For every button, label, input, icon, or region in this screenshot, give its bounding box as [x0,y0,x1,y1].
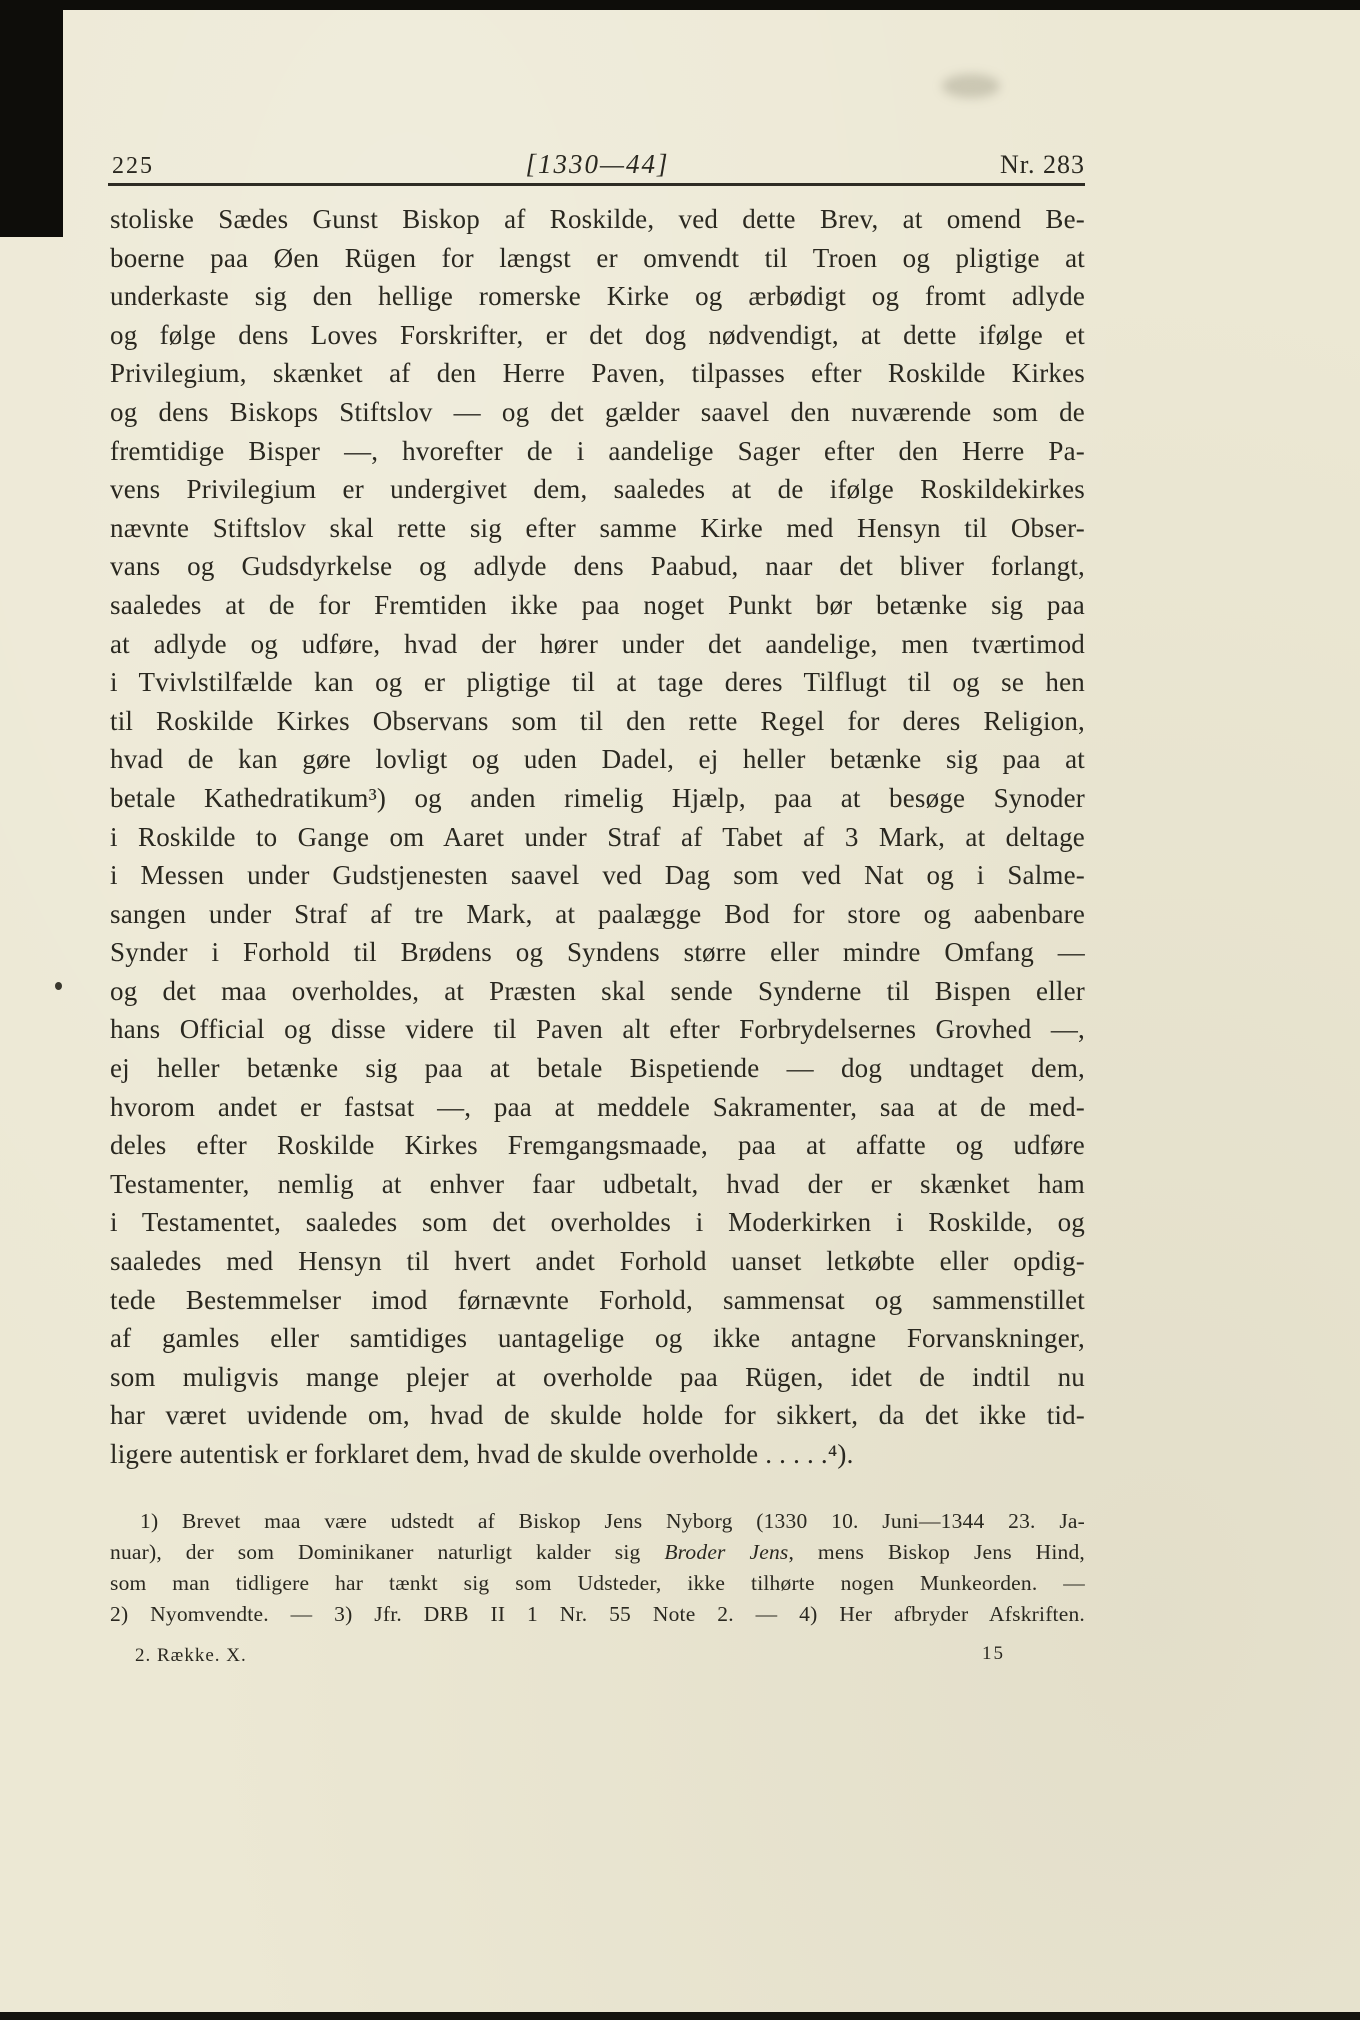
document-number: Nr. 283 [1000,152,1085,178]
ink-speck [55,982,62,990]
scan-edge-corner-block [0,0,63,237]
series-mark: 2. Række. X. [135,1646,247,1665]
signature-number: 15 [982,1644,1005,1663]
text-line: boerne paa Øen Rügen for længst er omven… [110,239,1085,278]
text-line: deles efter Roskilde Kirkes Fremgangsmaa… [110,1126,1085,1165]
text-line: betale Kathedratikum³) og anden rimelig … [110,779,1085,818]
text-line: og følge dens Loves Forskrifter, er det … [110,316,1085,355]
document-body: stoliske Sædes Gunst Biskop af Roskilde,… [110,200,1085,1474]
text-line: Testamenter, nemlig at enhver faar udbet… [110,1165,1085,1204]
footnote-line-1: 1) Brevet maa være udstedt af Biskop Jen… [110,1506,1085,1537]
text-line: i Roskilde to Gange om Aaret under Straf… [110,818,1085,857]
text-line: underkaste sig den hellige romerske Kirk… [110,277,1085,316]
text-line: saaledes at de for Fremtiden ikke paa no… [110,586,1085,625]
scan-edge-top [0,0,1360,10]
text-line: og det maa overholdes, at Præsten skal s… [110,972,1085,1011]
footnotes: 1) Brevet maa være udstedt af Biskop Jen… [110,1506,1085,1630]
scan-edge-bottom [0,2012,1360,2020]
text-line: og dens Biskops Stiftslov — og det gælde… [110,393,1085,432]
text-line: ligere autentisk er forklaret dem, hvad … [110,1435,1085,1474]
text-line: har været uvidende om, hvad de skulde ho… [110,1396,1085,1435]
text-line: stoliske Sædes Gunst Biskop af Roskilde,… [110,200,1085,239]
text-line: fremtidige Bisper —, hvorefter de i aand… [110,432,1085,471]
text-line: som muligvis mange plejer at overholde p… [110,1358,1085,1397]
text-line: hvad de kan gøre lovligt og uden Dadel, … [110,740,1085,779]
text-line: i Tvivlstilfælde kan og er pligtige til … [110,663,1085,702]
footnote-italic-name: Broder Jens [664,1540,788,1564]
footnote-text: , mens Biskop Jens Hind, [788,1540,1085,1564]
text-line: Privilegium, skænket af den Herre Paven,… [110,354,1085,393]
page-header: 225 [1330—44] Nr. 283 [110,138,1085,178]
scan-smudge [942,74,1000,98]
footnote-line-4: 2) Nyomvendte. — 3) Jfr. DRB II 1 Nr. 55… [110,1599,1085,1630]
text-line: tede Bestemmelser imod førnævnte Forhold… [110,1281,1085,1320]
text-line: Synder i Forhold til Brødens og Syndens … [110,933,1085,972]
text-line: af gamles eller samtidiges uantagelige o… [110,1319,1085,1358]
text-line: nævnte Stiftslov skal rette sig efter sa… [110,509,1085,548]
date-range: [1330—44] [525,151,669,178]
book-page: 225 [1330—44] Nr. 283 stoliske Sædes Gun… [0,0,1360,2020]
text-line: saaledes med Hensyn til hvert andet Forh… [110,1242,1085,1281]
text-line: hvorom andet er fastsat —, paa at meddel… [110,1088,1085,1127]
text-line: ej heller betænke sig paa at betale Bisp… [110,1049,1085,1088]
text-line: i Messen under Gudstjenesten saavel ved … [110,856,1085,895]
text-line: at adlyde og udføre, hvad der hører unde… [110,625,1085,664]
text-line: vens Privilegium er undergivet dem, saal… [110,470,1085,509]
footnote-line-2: nuar), der som Dominikaner naturligt kal… [110,1537,1085,1568]
text-line: til Roskilde Kirkes Observans som til de… [110,702,1085,741]
text-line: sangen under Straf af tre Mark, at paalæ… [110,895,1085,934]
footnote-text: nuar), der som Dominikaner naturligt kal… [110,1540,664,1564]
page-number: 225 [112,154,154,178]
footnote-line-3: som man tidligere har tænkt sig som Udst… [110,1568,1085,1599]
text-line: vans og Gudsdyrkelse og adlyde dens Paab… [110,547,1085,586]
header-rule [108,183,1085,186]
text-line: hans Official og disse videre til Paven … [110,1010,1085,1049]
text-line: i Testamentet, saaledes som det overhold… [110,1203,1085,1242]
